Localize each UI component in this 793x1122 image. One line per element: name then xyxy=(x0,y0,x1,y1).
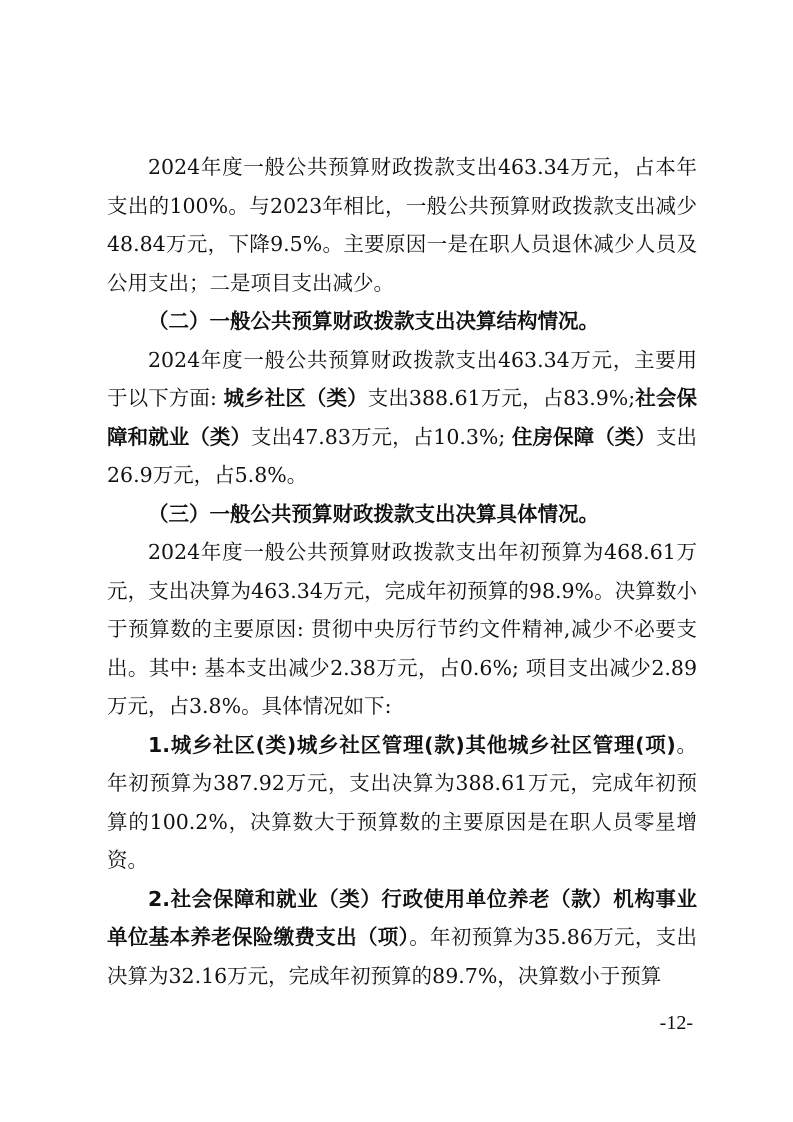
category-social-security-value: 支出47.83万元，占10.3%; xyxy=(251,425,512,449)
section-heading-structure: （二）一般公共预算财政拨款支出决算结构情况。 xyxy=(107,302,697,341)
paragraph-budget-details: 2024年度一般公共预算财政拨款支出年初预算为468.61万元，支出决算为463… xyxy=(107,533,697,726)
paragraph-item-2: 2.社会保障和就业（类）行政使用单位养老（款）机构事业单位基本养老保险缴费支出（… xyxy=(107,880,697,996)
paragraph-expenditure-structure: 2024年度一般公共预算财政拨款支出463.34万元，主要用于以下方面: 城乡社… xyxy=(107,341,697,495)
page-number: -12- xyxy=(660,1012,693,1035)
section-heading-details: （三）一般公共预算财政拨款支出决算具体情况。 xyxy=(107,495,697,534)
paragraph-item-1: 1.城乡社区(类)城乡社区管理(款)其他城乡社区管理(项)。年初预算为387.9… xyxy=(107,726,697,880)
category-urban-rural-community-value: 支出388.61万元，占83.9%; xyxy=(368,386,635,410)
paragraph-expenditure-summary: 2024年度一般公共预算财政拨款支出463.34万元，占本年支出的100%。与2… xyxy=(107,148,697,302)
category-housing: 住房保障（类） xyxy=(512,425,656,449)
item-1-title: 1.城乡社区(类)城乡社区管理(款)其他城乡社区管理(项) xyxy=(148,733,676,757)
category-urban-rural-community: 城乡社区（类） xyxy=(224,386,368,410)
document-body: 2024年度一般公共预算财政拨款支出463.34万元，占本年支出的100%。与2… xyxy=(107,148,697,995)
